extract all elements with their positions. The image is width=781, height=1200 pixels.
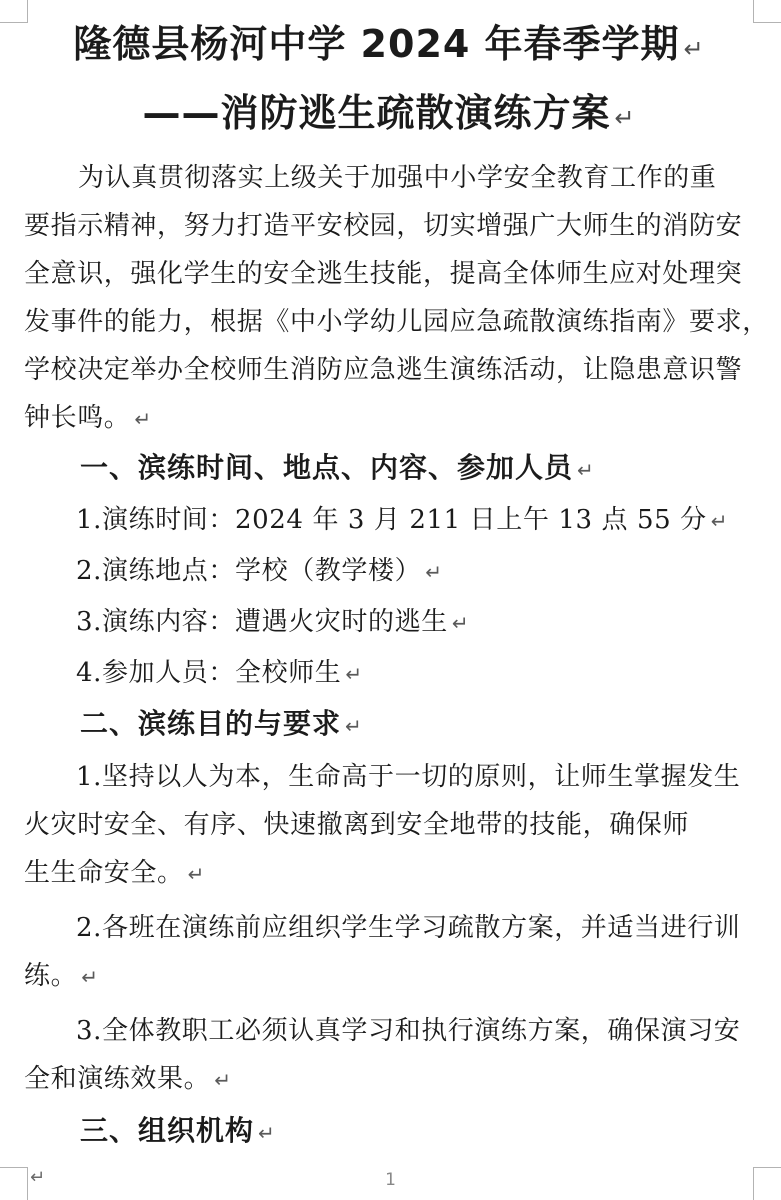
item-line-last: 练。↵ — [24, 952, 753, 1001]
section1-heading: 一、滨练时间、地点、内容、参加人员↵ — [24, 443, 753, 495]
section2-item-1: 1.坚持以人为本，生命高于一切的原则，让师生掌握发生 火灾时安全、有序、快速撤离… — [24, 753, 753, 898]
title-text: 隆德县杨河中学 2024 年春季学期 — [73, 22, 679, 66]
paragraph-mark-icon: ↵ — [345, 662, 362, 686]
section1-item-4: 4.参加人员：全校师生↵ — [24, 648, 753, 699]
paragraph-mark-icon: ↵ — [258, 1121, 275, 1145]
paragraph-mark-icon: ↵ — [134, 407, 151, 431]
intro-paragraph: 为认真贯彻落实上级关于加强中小学安全教育工作的重 要指示精神，努力打造平安校园，… — [24, 154, 753, 443]
paragraph-mark-icon: ↵ — [452, 611, 469, 635]
document-title-line-1: 隆德县杨河中学 2024 年春季学期↵ — [24, 12, 753, 81]
intro-line: 发事件的能力，根据《中小学幼儿园应急疏散演练指南》要求， — [24, 298, 753, 346]
intro-line: 要指示精神，努力打造平安校园，切实增强广大师生的消防安 — [24, 202, 753, 250]
paragraph-mark-icon: ↵ — [81, 965, 98, 989]
item-line-last: 全和演练效果。↵ — [24, 1055, 753, 1104]
title-text: ——消防逃生疏散演练方案 — [142, 91, 610, 135]
paragraph-mark-icon: ↵ — [188, 862, 205, 886]
item-line: 火灾时安全、有序、快速撤离到安全地带的技能，确保师 — [24, 801, 753, 849]
document-page: 隆德县杨河中学 2024 年春季学期↵ ——消防逃生疏散演练方案↵ 为认真贯彻落… — [0, 0, 781, 1200]
section1-item-3: 3.演练内容：遭遇火灾时的逃生↵ — [24, 597, 753, 648]
intro-line: 学校决定举办全校师生消防应急逃生演练活动，让隐患意识警 — [24, 346, 753, 394]
item-line: 2.各班在演练前应组织学生学习疏散方案，并适当进行训 — [24, 904, 753, 952]
page-number: 1 — [0, 1170, 781, 1190]
section2-item-2: 2.各班在演练前应组织学生学习疏散方案，并适当进行训 练。↵ — [24, 904, 753, 1001]
document-title-line-2: ——消防逃生疏散演练方案↵ — [24, 81, 753, 150]
item-line: 3.全体教职工必须认真学习和执行演练方案，确保演习安 — [24, 1007, 753, 1055]
intro-line-last: 钟长鸣。↵ — [24, 394, 753, 443]
document-body: 隆德县杨河中学 2024 年春季学期↵ ——消防逃生疏散演练方案↵ 为认真贯彻落… — [24, 12, 753, 1158]
section1-item-1: 1.演练时间：2024 年 3 月 211 日上午 13 点 55 分↵ — [24, 495, 753, 546]
margin-corner-mark-top-right — [753, 0, 781, 23]
section2-heading: 二、滨练目的与要求↵ — [24, 699, 753, 751]
item-line: 1.坚持以人为本，生命高于一切的原则，让师生掌握发生 — [24, 753, 753, 801]
paragraph-mark-icon: ↵ — [614, 104, 634, 132]
item-line-last: 生生命安全。↵ — [24, 849, 753, 898]
intro-line: 全意识，强化学生的安全逃生技能，提高全体师生应对处理突 — [24, 250, 753, 298]
paragraph-mark-icon: ↵ — [214, 1068, 231, 1092]
paragraph-mark-icon: ↵ — [577, 458, 594, 482]
intro-line: 为认真贯彻落实上级关于加强中小学安全教育工作的重 — [24, 154, 753, 202]
paragraph-mark-icon: ↵ — [345, 714, 362, 738]
section1-item-2: 2.演练地点：学校（教学楼）↵ — [24, 546, 753, 597]
paragraph-mark-icon: ↵ — [425, 560, 442, 584]
paragraph-mark-icon: ↵ — [684, 35, 704, 63]
section2-item-3: 3.全体教职工必须认真学习和执行演练方案，确保演习安 全和演练效果。↵ — [24, 1007, 753, 1104]
section3-heading: 三、组织机构↵ — [24, 1106, 753, 1158]
paragraph-mark-icon: ↵ — [711, 509, 728, 533]
